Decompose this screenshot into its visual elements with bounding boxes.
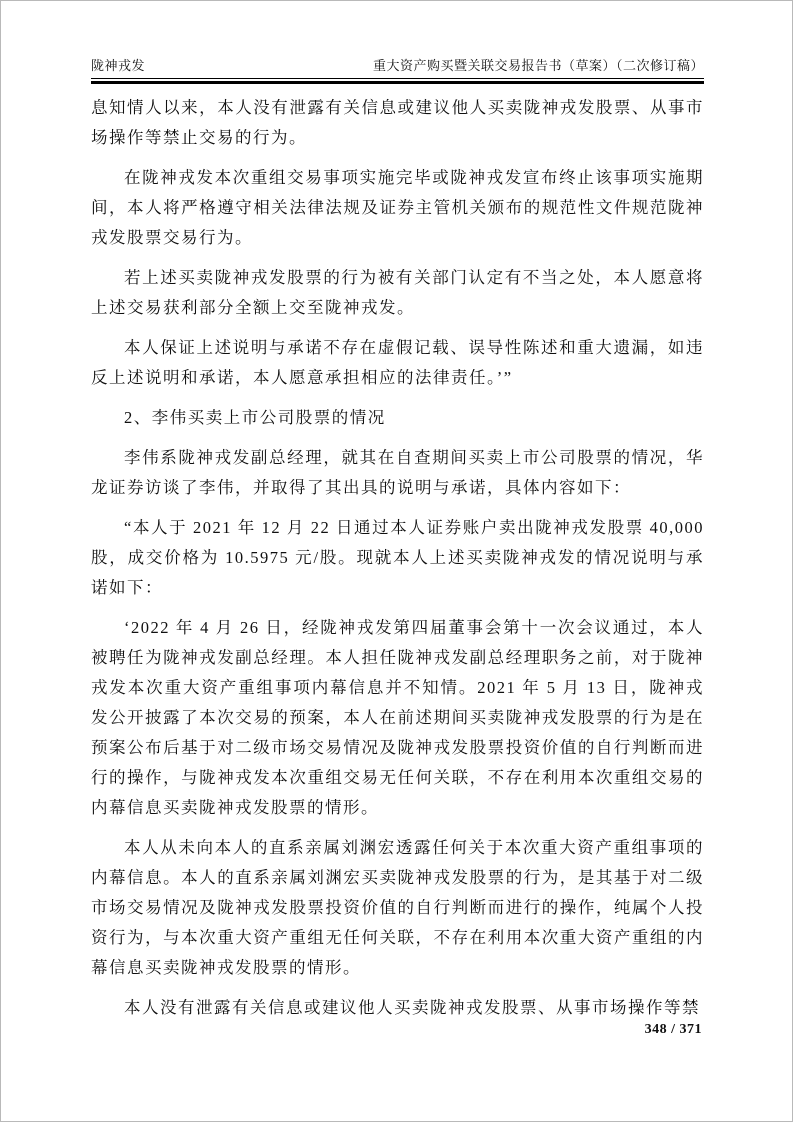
header-rule <box>91 78 704 84</box>
paragraph: 若上述买卖陇神戎发股票的行为被有关部门认定有不当之处，本人愿意将上述交易获利部分… <box>91 263 704 323</box>
paragraph: 本人从未向本人的直系亲属刘渊宏透露任何关于本次重大资产重组事项的内幕信息。本人的… <box>91 833 704 983</box>
paragraph: ‘2022 年 4 月 26 日，经陇神戎发第四届董事会第十一次会议通过，本人被… <box>91 613 704 823</box>
paragraph: 在陇神戎发本次重组交易事项实施完毕或陇神戎发宣布终止该事项实施期间，本人将严格遵… <box>91 163 704 253</box>
document-body: 息知情人以来，本人没有泄露有关信息或建议他人买卖陇神戎发股票、从事市场操作等禁止… <box>91 93 704 1033</box>
paragraph: 本人没有泄露有关信息或建议他人买卖陇神戎发股票、从事市场操作等禁 <box>91 993 704 1023</box>
header-company-name: 陇神戎发 <box>91 55 145 74</box>
page-header: 陇神戎发 重大资产购买暨关联交易报告书（草案）（二次修订稿） <box>91 55 704 74</box>
document-page: 陇神戎发 重大资产购买暨关联交易报告书（草案）（二次修订稿） 息知情人以来，本人… <box>0 0 793 1122</box>
page-number: 348 / 371 <box>645 1022 702 1038</box>
paragraph: 息知情人以来，本人没有泄露有关信息或建议他人买卖陇神戎发股票、从事市场操作等禁止… <box>91 93 704 153</box>
paragraph: “本人于 2021 年 12 月 22 日通过本人证券账户卖出陇神戎发股票 40… <box>91 513 704 603</box>
header-report-title: 重大资产购买暨关联交易报告书（草案）（二次修订稿） <box>373 55 704 74</box>
paragraph: 李伟系陇神戎发副总经理，就其在自查期间买卖上市公司股票的情况，华龙证券访谈了李伟… <box>91 443 704 503</box>
paragraph: 本人保证上述说明与承诺不存在虚假记载、误导性陈述和重大遗漏，如违反上述说明和承诺… <box>91 333 704 393</box>
section-heading: 2、李伟买卖上市公司股票的情况 <box>91 403 704 433</box>
